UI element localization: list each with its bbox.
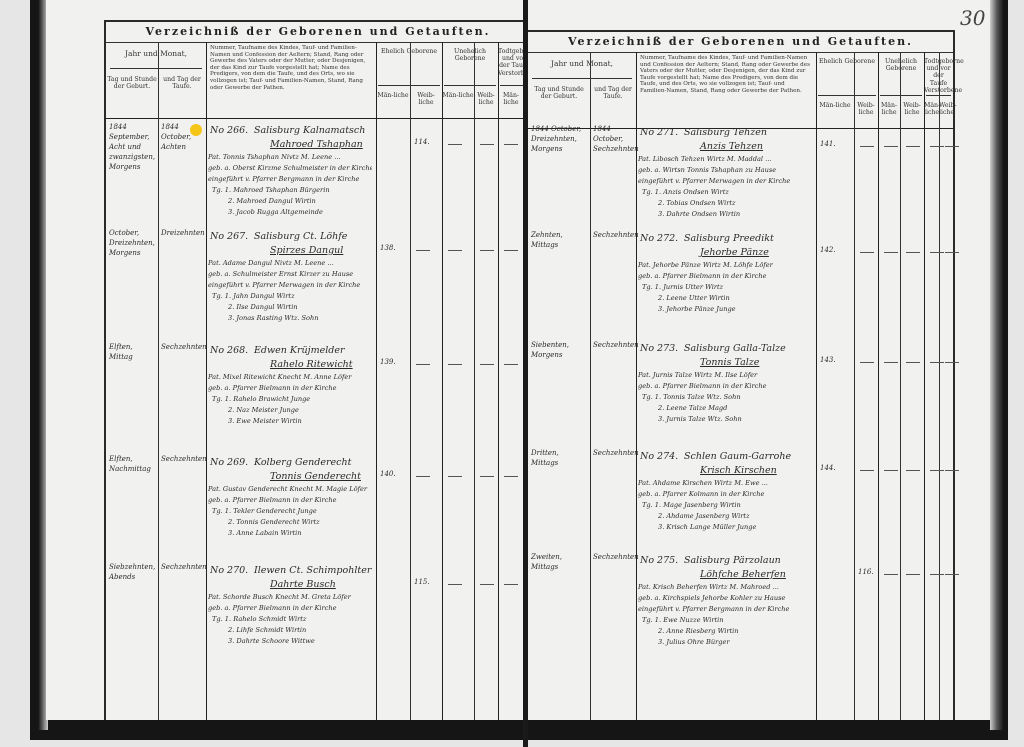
entry-count: 114. <box>414 138 430 146</box>
birth-date: Siebzehnten, Abends <box>109 562 155 582</box>
entry-count: 115. <box>414 578 430 586</box>
entry-detail-line: geb. a. Pfarrer Bielmann in der Kirche <box>638 381 812 392</box>
header-birth: Tag und Stunde der Geburt. <box>528 86 590 100</box>
child-name: Löhfche Beherfen <box>700 568 786 581</box>
entry-detail-line: 2. Leene Utter Wirtin <box>658 293 812 304</box>
header-female: Weib-liche <box>939 102 953 116</box>
empty-cell-dash <box>480 476 494 477</box>
entry-detail-line: Tg. 1. Jurnis Utter Wirtz <box>642 282 812 293</box>
entry-header: Salisburg Ct. Löhfe <box>254 230 347 243</box>
empty-cell-dash <box>930 252 944 253</box>
empty-cell-dash <box>448 584 462 585</box>
entry-detail-line: Tg. 1. Mahroed Tshaphan Bürgerin <box>212 185 372 196</box>
entry-count: 144. <box>820 464 836 472</box>
entry-header: Schlen Gaum-Garrohe <box>684 450 791 463</box>
entry-detail-line: geb. a. Pfarrer Bielmann in der Kirche <box>208 603 372 614</box>
empty-cell-dash <box>945 146 959 147</box>
empty-cell-dash <box>930 146 944 147</box>
child-name: Rahelo Ritewicht <box>270 358 353 371</box>
entry-count: 143. <box>820 356 836 364</box>
entry-number: No 273. <box>640 342 678 355</box>
empty-cell-dash <box>906 362 920 363</box>
header-male: Män-liche <box>878 102 900 116</box>
entry-detail-line: 3. Anne Labain Wirtin <box>228 528 372 539</box>
header-female: Weib-liche <box>854 102 878 116</box>
header-divider <box>500 85 524 86</box>
header-male: Män-liche <box>442 92 474 99</box>
book-spine <box>523 0 528 747</box>
entry-header: Edwen Krüjmelder <box>254 344 345 357</box>
right-page: Verzeichniß der Geborenen und Getauften.… <box>528 0 990 720</box>
header-baptism: und Tag der Taufe. <box>590 86 636 100</box>
entry-count: 139. <box>380 358 396 366</box>
register-table-left: Verzeichniß der Geborenen und Getauften.… <box>104 20 524 720</box>
baptism-date: Sechzehnten <box>593 230 633 240</box>
header-female: Weib-liche <box>900 102 924 116</box>
entry-number: No 274. <box>640 450 678 463</box>
entry-header: Salisburg Pärzolaun <box>684 554 781 567</box>
header-birth: Tag und Stunde der Geburt. <box>106 76 158 90</box>
column-rule <box>900 52 901 720</box>
empty-cell-dash <box>448 250 462 251</box>
child-name: Mahroed Tshaphan <box>270 138 363 151</box>
header-divider <box>532 78 632 79</box>
empty-cell-dash <box>884 252 898 253</box>
entry-detail-line: 2. Tobias Ondsen Wirtz <box>658 198 812 209</box>
child-name: Spirzes Dangul <box>270 244 343 257</box>
empty-cell-dash <box>504 476 518 477</box>
baptism-date: Sechzehnten <box>593 552 633 562</box>
empty-cell-dash <box>906 146 920 147</box>
entry-header: Ilewen Ct. Schimpohlter <box>254 564 371 577</box>
entry-detail-line: geb. a. Pfarrer Bielmann in der Kirche <box>638 271 812 282</box>
empty-cell-dash <box>945 252 959 253</box>
entry-detail-line: eingeführt v. Pfarrer Merwagen in der Ki… <box>638 176 812 187</box>
entry-detail-line: Tg. 1. Anzis Ondsen Wirtz <box>642 187 812 198</box>
empty-cell-dash <box>884 146 898 147</box>
entry-detail-line: Pat. Tonnis Tshaphan Nivtz M. Leene ... <box>208 152 372 163</box>
header-year-month: Jahr und Monat, <box>528 60 636 67</box>
entry-count: 116. <box>858 568 874 576</box>
header-stillborn: Todtgeborne und vor der Taufe Verstorben… <box>498 48 524 77</box>
entry-number: No 266. <box>210 124 248 137</box>
birth-date: 1844 October, Dreizehnten, Morgens <box>531 124 587 154</box>
header-male: Män-liche <box>816 102 854 109</box>
baptism-date: Dreizehnten <box>161 228 203 238</box>
baptism-date: 1844 October, Sechzehnten <box>593 124 633 154</box>
entry-count: 142. <box>820 246 836 254</box>
entry-number: No 272. <box>640 232 678 245</box>
entry-number: No 268. <box>210 344 248 357</box>
empty-cell-dash <box>860 252 874 253</box>
empty-cell-dash <box>480 144 494 145</box>
entry-detail-line: 3. Krisch Lange Müller Junge <box>658 522 812 533</box>
column-rule <box>854 52 855 720</box>
entry-detail-line: geb. a. Oberst Kirzme Schulmeister in de… <box>208 163 372 174</box>
empty-cell-dash <box>906 574 920 575</box>
column-rule <box>410 42 411 720</box>
entry-detail-line: geb. a. Kirchspiels Jehorbe Kohler zu Ha… <box>638 593 812 604</box>
birth-date: Zehnten, Mittags <box>531 230 587 250</box>
entry-detail-line: Tg. 1. Tekler Genderecht Junge <box>212 506 372 517</box>
entry-detail-line: geb. a. Schulmeister Ernst Kirzer zu Hau… <box>208 269 372 280</box>
column-rule <box>206 42 207 720</box>
entry-detail-line: geb. a. Wirtsn Tonnis Tshaphan zu Hause <box>638 165 812 176</box>
empty-cell-dash <box>416 250 430 251</box>
entry-detail-line: 2. Tonnis Genderecht Wirtz <box>228 517 372 528</box>
cursor-marker <box>190 124 202 136</box>
empty-cell-dash <box>860 362 874 363</box>
child-name: Dahrte Busch <box>270 578 336 591</box>
entry-detail-line: Pat. Krisch Beherfen Wirtz M. Mahroed ..… <box>638 582 812 593</box>
column-rule <box>376 42 377 720</box>
baptism-date: Sechzehnten <box>161 342 203 352</box>
empty-cell-dash <box>480 364 494 365</box>
header-male: Män-liche <box>924 102 939 116</box>
header-bottom-rule <box>106 118 524 119</box>
entry-detail-line: Pat. Ahdame Kirschen Wirtz M. Ewe ... <box>638 478 812 489</box>
child-name: Tonnis Talze <box>700 356 759 369</box>
empty-cell-dash <box>504 584 518 585</box>
entry-count: 140. <box>380 470 396 478</box>
header-baptism: und Tag der Taufe. <box>158 76 206 90</box>
empty-cell-dash <box>480 250 494 251</box>
empty-cell-dash <box>504 250 518 251</box>
entry-count: 138. <box>380 244 396 252</box>
entry-header: Kolberg Genderecht <box>254 456 351 469</box>
entry-detail-line: 3. Jacob Rugga Altgemeinde <box>228 207 372 218</box>
column-rule <box>878 52 879 720</box>
header-male: Män-liche <box>376 92 410 99</box>
entry-detail-line: Pat. Jurnis Talze Wirtz M. Ilse Löfer <box>638 370 812 381</box>
empty-cell-dash <box>945 362 959 363</box>
empty-cell-dash <box>416 476 430 477</box>
header-year-month: Jahr und Monat, <box>106 50 206 57</box>
entry-detail-line: 3. Ewe Meister Wirtin <box>228 416 372 427</box>
entry-detail-line: 2. Lihfe Schmidt Wirtin <box>228 625 372 636</box>
entry-number: No 270. <box>210 564 248 577</box>
entry-detail-line: Tg. 1. Jahn Dangul Wirtz <box>212 291 372 302</box>
header-female: Weib-liche <box>410 92 442 106</box>
birth-date: Dritten, Mittags <box>531 448 587 468</box>
empty-cell-dash <box>930 470 944 471</box>
birth-date: October, Dreizehnten, Morgens <box>109 228 155 258</box>
entry-detail-line: Pat. Libosch Tehzen Wirtz M. Maddal ... <box>638 154 812 165</box>
entry-detail-line: Tg. 1. Tonnis Talze Wtz. Sohn <box>642 392 812 403</box>
entry-detail-line: 3. Jehorbe Pänze Junge <box>658 304 812 315</box>
entry-detail-line: geb. a. Pfarrer Bielmann in der Kirche <box>208 495 372 506</box>
entry-detail-line: Pat. Schorde Busch Knecht M. Greta Löfer <box>208 592 372 603</box>
empty-cell-dash <box>884 574 898 575</box>
entry-detail-line: Pat. Gustav Genderecht Knecht M. Magie L… <box>208 484 372 495</box>
entry-detail-line: Tg. 1. Rahelo Brawicht Junge <box>212 394 372 405</box>
entry-detail-line: eingeführt v. Pfarrer Bergmann in der Ki… <box>208 174 372 185</box>
header-legit: Ehelich Geborene <box>376 48 442 55</box>
header-divider <box>378 85 440 86</box>
entry-number: No 271. <box>640 126 678 139</box>
empty-cell-dash <box>504 144 518 145</box>
entry-detail-line: geb. a. Pfarrer Kolmann in der Kirche <box>638 489 812 500</box>
header-description: Nummer, Taufname des Kindes, Tauf- und F… <box>210 45 372 91</box>
header-description: Nummer, Taufname des Kindes, Tauf- und F… <box>640 55 812 95</box>
header-divider <box>444 85 496 86</box>
birth-date: Zweiten, Mittags <box>531 552 587 572</box>
entry-header: Salisburg Kalnamatsch <box>254 124 365 137</box>
column-rule <box>442 42 443 720</box>
register-title: Verzeichniß der Geborenen und Getauften. <box>528 32 953 53</box>
empty-cell-dash <box>448 364 462 365</box>
birth-date: Siebenten, Morgens <box>531 340 587 360</box>
child-name: Krisch Kirschen <box>700 464 777 477</box>
header-divider <box>818 95 876 96</box>
header-legit: Ehelich Geborene <box>816 58 878 65</box>
column-rule <box>158 42 159 720</box>
header-illegit: Unehelich Geborene <box>878 58 924 72</box>
entry-detail-line: Tg. 1. Rahelo Schmidt Wirtz <box>212 614 372 625</box>
entry-detail-line: Pat. Mixel Ritewicht Knecht M. Anne Löfe… <box>208 372 372 383</box>
empty-cell-dash <box>448 476 462 477</box>
empty-cell-dash <box>860 470 874 471</box>
entry-detail-line: Pat. Jehorbe Pänze Wirtz M. Löhfe Löfer <box>638 260 812 271</box>
entry-detail-line: 2. Leene Talze Magd <box>658 403 812 414</box>
empty-cell-dash <box>930 362 944 363</box>
entry-detail-line: Pat. Adame Dangul Nivtz M. Leene ... <box>208 258 372 269</box>
child-name: Tonnis Genderecht <box>270 470 361 483</box>
entry-header: Salisburg Tehzen <box>684 126 767 139</box>
entry-detail-line: geb. a. Pfarrer Bielmann in der Kirche <box>208 383 372 394</box>
entry-detail-line: Tg. 1. Ewe Nuzze Wirtin <box>642 615 812 626</box>
entry-detail-line: 2. Naz Meister Junge <box>228 405 372 416</box>
header-illegit: Unehelich Geborene <box>442 48 498 62</box>
entry-count: 141. <box>820 140 836 148</box>
entry-detail-line: 3. Jurnis Talze Wtz. Sohn <box>658 414 812 425</box>
register-table-right: Verzeichniß der Geborenen und Getauften.… <box>528 30 955 720</box>
empty-cell-dash <box>945 574 959 575</box>
empty-cell-dash <box>906 252 920 253</box>
header-female: Weib-liche <box>474 92 498 106</box>
entry-detail-line: eingeführt v. Pfarrer Merwagen in der Ki… <box>208 280 372 291</box>
child-name: Jehorbe Pänze <box>700 246 769 259</box>
header-divider <box>110 68 202 69</box>
entry-number: No 269. <box>210 456 248 469</box>
empty-cell-dash <box>945 470 959 471</box>
entry-detail-line: 3. Dahrte Ondsen Wirtin <box>658 209 812 220</box>
baptism-date: Sechzehnten <box>593 448 633 458</box>
empty-cell-dash <box>930 574 944 575</box>
entry-detail-line: 2. Mahroed Dangul Wirtin <box>228 196 372 207</box>
empty-cell-dash <box>884 470 898 471</box>
empty-cell-dash <box>448 144 462 145</box>
entry-header: Salisburg Galla-Talze <box>684 342 786 355</box>
entry-detail-line: 3. Jonas Rasting Wtz. Sohn <box>228 313 372 324</box>
column-rule <box>939 52 940 720</box>
entry-header: Salisburg Preedikt <box>684 232 774 245</box>
entry-detail-line: 2. Ahdame Jasenberg Wirtz <box>658 511 812 522</box>
entry-detail-line: 2. Anne Riesberg Wirtin <box>658 626 812 637</box>
entry-detail-line: Tg. 1. Mage Jasenberg Wirtin <box>642 500 812 511</box>
birth-date: Elften, Nachmittag <box>109 454 155 474</box>
column-rule <box>498 42 499 720</box>
empty-cell-dash <box>504 364 518 365</box>
entry-detail-line: eingeführt v. Pfarrer Bergmann in der Ki… <box>638 604 812 615</box>
entry-detail-line: 3. Julius Ohre Bürger <box>658 637 812 648</box>
child-name: Anzis Tehzen <box>700 140 763 153</box>
page-edge-right <box>990 0 1004 730</box>
header-male: Män-liche <box>498 92 524 106</box>
baptism-date: Sechzehnten <box>161 562 203 572</box>
entry-number: No 275. <box>640 554 678 567</box>
column-rule <box>816 52 817 720</box>
header-divider <box>880 95 922 96</box>
empty-cell-dash <box>884 362 898 363</box>
baptism-date: Sechzehnten <box>593 340 633 350</box>
entry-detail-line: 2. Ilse Dangul Wirtin <box>228 302 372 313</box>
empty-cell-dash <box>906 470 920 471</box>
column-rule <box>474 42 475 720</box>
baptism-date: Sechzehnten <box>161 454 203 464</box>
left-page: Verzeichniß der Geborenen und Getauften.… <box>46 0 524 720</box>
page-number: 30 <box>960 6 985 30</box>
birth-date: 1844 September, Acht und zwanzigsten, Mo… <box>109 122 155 172</box>
entry-number: No 267. <box>210 230 248 243</box>
empty-cell-dash <box>416 364 430 365</box>
birth-date: Elften, Mittag <box>109 342 155 362</box>
entry-detail-line: 3. Dahrte Schoore Wittwe <box>228 636 372 647</box>
empty-cell-dash <box>860 146 874 147</box>
column-rule <box>590 52 591 720</box>
register-title: Verzeichniß der Geborenen und Getauften. <box>106 22 524 43</box>
column-rule <box>924 52 925 720</box>
empty-cell-dash <box>480 584 494 585</box>
